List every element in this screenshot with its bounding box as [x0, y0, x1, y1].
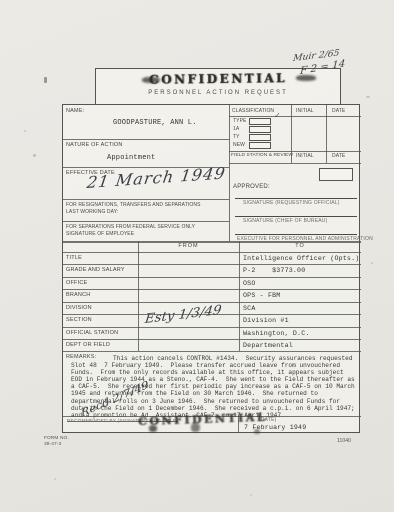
row-label-division: DIVISION [66, 305, 92, 311]
row-label-grade: GRADE AND SALARY [66, 267, 125, 273]
type-checkbox [249, 142, 271, 149]
approved-label: APPROVED: [233, 184, 270, 190]
grid-line [63, 327, 361, 328]
row-value-grade: P-2 $3773.00 [243, 267, 305, 274]
grid-line [229, 163, 361, 164]
grid-line [63, 264, 361, 265]
row-value-office: OSO [243, 280, 255, 287]
grid-line [63, 302, 361, 303]
row-label-station: OFFICIAL STATION [66, 330, 118, 336]
grid-line [63, 252, 361, 253]
signature-caption: SIGNATURE (CHIEF OF BUREAU) [243, 218, 327, 224]
date-entry-box [319, 168, 353, 181]
form-number: FORM NO. 38-47-3 [44, 436, 69, 447]
date-header: DATE [332, 108, 345, 114]
row-value-title: Intelligence Officer (Opts.) [243, 255, 359, 262]
scan-speck [54, 478, 56, 480]
grid-line [326, 105, 327, 163]
last-working-day-label2: LAST WORKING DAY: [66, 209, 118, 215]
grid-line [63, 221, 229, 222]
grid-line [239, 241, 240, 351]
employee-signature-label: FOR SEPARATIONS FROM FEDERAL SERVICE ONL… [66, 224, 195, 230]
signature-caption: SIGNATURE (REQUESTING OFFICIAL) [243, 200, 340, 206]
scan-speck [371, 262, 373, 264]
row-label-title: TITLE [66, 255, 82, 261]
last-working-day-label: FOR RESIGNATIONS, TRANSFERS AND SEPARATI… [66, 202, 201, 208]
official-station-signature: Esty 1/3/49 [144, 303, 222, 327]
initial-header: INITIAL [296, 108, 314, 114]
form-title: PERSONNEL ACTION REQUEST [96, 90, 340, 96]
nature-of-action-value: Appointment [107, 154, 155, 162]
signature-line [235, 198, 357, 199]
grid-line [63, 199, 229, 200]
scan-speck [250, 494, 252, 496]
ink-blot [254, 429, 260, 434]
grid-line [63, 351, 361, 352]
row-label-dept: DEPT OR FIELD [66, 342, 110, 348]
name-label: NAME: [66, 108, 84, 114]
type-row-label: TYPE [233, 118, 246, 124]
to-column-header: TO [239, 243, 361, 249]
page-code: 11040 [337, 438, 351, 444]
nature-of-action-label: NATURE OF ACTION [66, 142, 123, 148]
date-label: (DATE) [259, 417, 277, 423]
grid-line [138, 241, 139, 351]
grid-line [63, 289, 361, 290]
form-main-box: NAME: GOODPASTURE, ANN L. NATURE OF ACTI… [62, 104, 360, 433]
field-station-header: FIELD STATION & REVIEW [231, 153, 293, 159]
row-value-division: SCA [243, 305, 255, 312]
signature-line [235, 216, 357, 217]
row-label-section: SECTION [66, 317, 92, 323]
checkmark: ✓ [273, 111, 280, 120]
name-value: GOODPASTURE, ANN L. [113, 119, 197, 127]
type-checkbox [249, 118, 271, 125]
grid-line [229, 105, 230, 241]
signature-line [235, 234, 357, 235]
scan-speck [24, 130, 26, 132]
row-value-branch: OPS - FBM [243, 292, 280, 299]
type-checkbox [249, 126, 271, 133]
row-value-dept: Departmental [243, 342, 293, 349]
row-value-section: Division #1 [243, 317, 289, 324]
scan-speck [33, 154, 36, 157]
grid-line [63, 139, 229, 140]
ink-blot [149, 425, 157, 432]
scan-speck [366, 96, 370, 98]
remarks-text: This action cancels CONTROL #1434. Secur… [71, 355, 355, 419]
initial-header2: INITIAL [296, 153, 314, 159]
grid-line [63, 277, 361, 278]
ink-blot [191, 423, 200, 432]
date-header2: DATE [332, 153, 345, 159]
scan-speck [44, 77, 47, 83]
employee-signature-label2: SIGNATURE OF EMPLOYEE [66, 231, 134, 237]
type-row-label: TY [233, 134, 240, 140]
grid-line [229, 151, 361, 152]
classification-header: CLASSIFICATION [232, 108, 274, 114]
scanned-document-page: { "header": { "stamp": "CONFIDENTIAL", "… [0, 0, 394, 512]
grid-line [63, 339, 361, 340]
row-label-office: OFFICE [66, 280, 87, 286]
row-label-branch: BRANCH [66, 292, 90, 298]
type-row-label: 1A [233, 126, 239, 132]
type-checkbox [249, 134, 271, 141]
type-row-label: NEW [233, 142, 245, 148]
row-value-station: Washington, D.C. [243, 330, 310, 337]
grid-line [229, 116, 361, 117]
from-column-header: FROM [138, 243, 239, 249]
